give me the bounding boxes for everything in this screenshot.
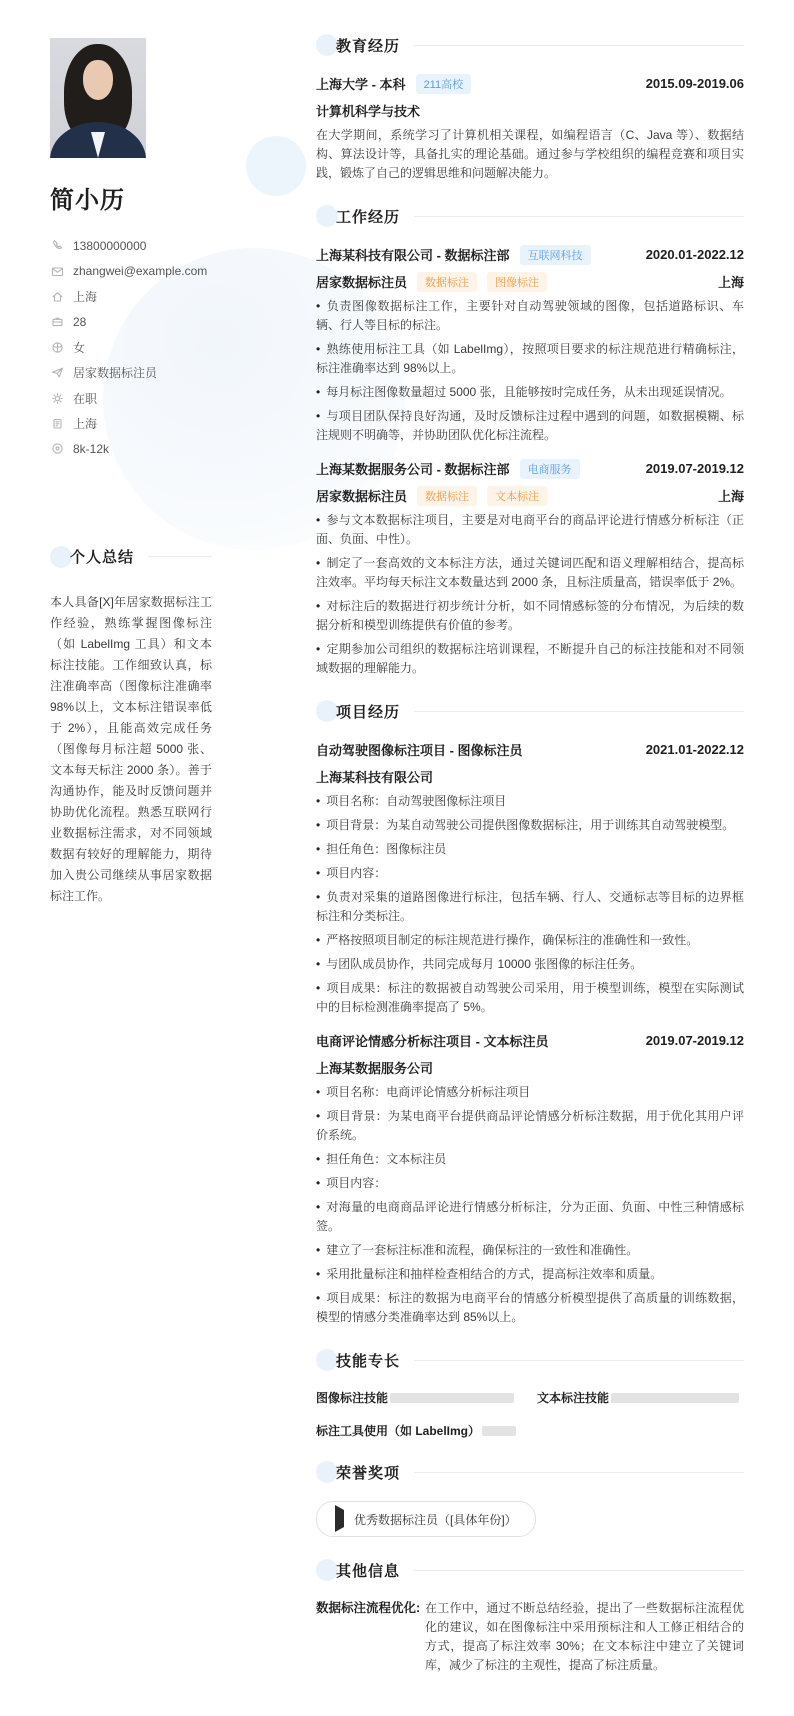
bullet-item: 每月标注图像数量超过 5000 张，且能够按时完成任务，从未出现延误情况。 (316, 383, 744, 402)
skill-label: 标注工具使用（如 LabelImg） (316, 1422, 480, 1439)
school-badge: 211高校 (416, 74, 472, 94)
role-row: 居家数据标注员数据标注文本标注上海 (316, 486, 744, 505)
gender-icon (50, 340, 64, 354)
work-bullets: 参与文本数据标注项目，主要是对电商平台的商品评论进行情感分析标注（正面、负面、中… (316, 511, 744, 678)
role-tag: 数据标注 (417, 486, 477, 506)
section-divider (148, 556, 212, 557)
job-location: 上海 (718, 486, 744, 505)
contact-text: 居家数据标注员 (73, 364, 157, 381)
bullet-item: 严格按照项目制定的标注规范进行操作，确保标注的准确性和一致性。 (316, 931, 744, 950)
age-icon (50, 315, 64, 329)
industry-badge: 互联网科技 (520, 245, 591, 265)
project-date: 2019.07-2019.12 (646, 1033, 744, 1048)
phone-icon (50, 239, 64, 253)
bullet-item: 项目内容： (316, 1174, 744, 1193)
section-accent-circle (316, 1559, 338, 1581)
bullet-item: 项目名称：电商评论情感分析标注项目 (316, 1083, 744, 1102)
honor-item[interactable]: 优秀数据标注员（[具体年份]） (316, 1501, 536, 1537)
bullet-item: 担任角色：图像标注员 (316, 840, 744, 859)
sidebar: 简小历 13800000000zhangwei@example.com上海28女… (50, 38, 212, 907)
other-info-row: 数据标注流程优化:在工作中，通过不断总结经验，提出了一些数据标注流程优化的建议，… (316, 1599, 744, 1675)
role-title: 居家数据标注员 (316, 272, 407, 291)
section-accent-circle (316, 1461, 338, 1483)
bullet-item: 负责对采集的道路图像进行标注，包括车辆、行人、交通标志等目标的边界框标注和分类标… (316, 888, 744, 926)
honor-text: 优秀数据标注员（[具体年份]） (354, 1511, 517, 1528)
project-company: 上海某数据服务公司 (316, 1058, 433, 1077)
project-company-row: 上海某数据服务公司 (316, 1058, 744, 1077)
project-title: 自动驾驶图像标注项目 - 图像标注员 (316, 740, 523, 759)
work-date: 2020.01-2022.12 (646, 247, 744, 262)
main-column: 教育经历 上海大学 - 本科211高校2015.09-2019.06计算机科学与… (316, 34, 744, 1697)
bullet-item: 制定了一套高效的文本标注方法，通过关键词匹配和语义理解相结合，提高标注效率。平均… (316, 554, 744, 592)
section-title-honors: 荣誉奖项 (336, 1462, 400, 1483)
bullet-item: 建立了一套标注标准和流程，确保标注的一致性和准确性。 (316, 1241, 744, 1260)
section-accent-circle (316, 34, 338, 56)
job-location: 上海 (718, 272, 744, 291)
work-entry-header: 上海某科技有限公司 - 数据标注部互联网科技2020.01-2022.12 (316, 245, 744, 264)
skill-bar (482, 1426, 516, 1436)
home-icon (50, 289, 64, 303)
section-divider (414, 1472, 744, 1473)
contact-text: 13800000000 (73, 239, 146, 253)
bullet-item: 项目名称：自动驾驶图像标注项目 (316, 792, 744, 811)
section-divider (414, 711, 744, 712)
major-name: 计算机科学与技术 (316, 101, 420, 120)
role-tag: 数据标注 (417, 272, 477, 292)
contact-text: zhangwei@example.com (73, 264, 207, 278)
bullet-item: 与项目团队保持良好沟通，及时反馈标注过程中遇到的问题，如数据模糊、标注规则不明确… (316, 407, 744, 445)
section-accent-circle (316, 700, 338, 722)
project-bullets: 项目名称：电商评论情感分析标注项目项目背景：为某电商平台提供商品评论情感分析标注… (316, 1083, 744, 1327)
section-skills: 技能专长 图像标注技能文本标注技能标注工具使用（如 LabelImg） (316, 1349, 744, 1439)
education-entries: 上海大学 - 本科211高校2015.09-2019.06计算机科学与技术在大学… (316, 74, 744, 183)
role-row: 居家数据标注员数据标注图像标注上海 (316, 272, 744, 291)
section-other: 其他信息 数据标注流程优化:在工作中，通过不断总结经验，提出了一些数据标注流程优… (316, 1559, 744, 1675)
project-entries: 自动驾驶图像标注项目 - 图像标注员2021.01-2022.12上海某科技有限… (316, 740, 744, 1327)
section-honors: 荣誉奖项 优秀数据标注员（[具体年份]） (316, 1461, 744, 1537)
skill-item: 标注工具使用（如 LabelImg） (316, 1422, 537, 1439)
contact-text: 28 (73, 315, 86, 329)
skill-label: 文本标注技能 (537, 1389, 609, 1406)
skill-item: 文本标注技能 (537, 1389, 744, 1406)
bullet-item: 项目成果：标注的数据被自动驾驶公司采用，用于模型训练，模型在实际测试中的目标检测… (316, 979, 744, 1017)
role-tag: 图像标注 (487, 272, 547, 292)
contact-item: 28 (50, 309, 212, 334)
play-icon (335, 1510, 344, 1528)
contact-item: 上海 (50, 411, 212, 436)
job-icon (50, 366, 64, 380)
section-divider (414, 45, 744, 46)
contact-text: 在职 (73, 390, 97, 407)
bullet-item: 参与文本数据标注项目，主要是对电商平台的商品评论进行情感分析标注（正面、负面、中… (316, 511, 744, 549)
work-entry-header: 上海某数据服务公司 - 数据标注部电商服务2019.07-2019.12 (316, 459, 744, 478)
contact-item: 13800000000 (50, 233, 212, 258)
contact-text: 上海 (73, 288, 97, 305)
skill-label: 图像标注技能 (316, 1389, 388, 1406)
summary-text: 本人具备[X]年居家数据标注工作经验，熟练掌握图像标注（如 LabelImg 工… (50, 592, 212, 907)
contact-item: 8k-12k (50, 436, 212, 461)
bullet-item: 对标注后的数据进行初步统计分析，如不同情感标签的分布情况，为后续的数据分析和模型… (316, 597, 744, 635)
project-company: 上海某科技有限公司 (316, 767, 433, 786)
summary-title: 个人总结 (70, 546, 134, 567)
bullet-item: 对海量的电商商品评论进行情感分析标注，分为正面、负面、中性三种情感标签。 (316, 1198, 744, 1236)
section-title-other: 其他信息 (336, 1560, 400, 1581)
education-description: 在大学期间，系统学习了计算机相关课程，如编程语言（C、Java 等）、数据结构、… (316, 126, 744, 183)
skill-bar (611, 1393, 739, 1403)
section-accent-circle (316, 205, 338, 227)
section-divider (414, 1570, 744, 1571)
skill-bar (390, 1393, 514, 1403)
role-tag: 文本标注 (487, 486, 547, 506)
section-projects: 项目经历 自动驾驶图像标注项目 - 图像标注员2021.01-2022.12上海… (316, 700, 744, 1327)
contact-list: 13800000000zhangwei@example.com上海28女居家数据… (50, 233, 212, 462)
contact-item: zhangwei@example.com (50, 258, 212, 283)
section-divider (414, 1360, 744, 1361)
bullet-item: 项目背景：为某电商平台提供商品评论情感分析标注数据，用于优化其用户评价系统。 (316, 1107, 744, 1145)
contact-text: 女 (73, 339, 85, 356)
bullet-item: 项目内容： (316, 864, 744, 883)
major-row: 计算机科学与技术 (316, 101, 744, 120)
other-items: 数据标注流程优化:在工作中，通过不断总结经验，提出了一些数据标注流程优化的建议，… (316, 1599, 744, 1675)
work-entry: 上海某科技有限公司 - 数据标注部互联网科技2020.01-2022.12居家数… (316, 245, 744, 445)
photo-face-shape (83, 60, 113, 100)
company-name: 上海某数据服务公司 - 数据标注部 (316, 459, 510, 478)
work-entries: 上海某科技有限公司 - 数据标注部互联网科技2020.01-2022.12居家数… (316, 245, 744, 678)
bullet-item: 采用批量标注和抽样检查相结合的方式，提高标注效率和质量。 (316, 1265, 744, 1284)
contact-item: 居家数据标注员 (50, 360, 212, 385)
industry-badge: 电商服务 (520, 459, 580, 479)
section-accent-circle (50, 546, 72, 568)
bullet-item: 定期参加公司组织的数据标注培训课程，不断提升自己的标注技能和对不同领域数据的理解… (316, 640, 744, 678)
work-bullets: 负责图像数据标注工作，主要针对自动驾驶领域的图像，包括道路标识、车辆、行人等目标… (316, 297, 744, 445)
bullet-item: 负责图像数据标注工作，主要针对自动驾驶领域的图像，包括道路标识、车辆、行人等目标… (316, 297, 744, 335)
contact-item: 女 (50, 335, 212, 360)
decorative-circle-small (246, 136, 306, 196)
section-title-skills: 技能专长 (336, 1350, 400, 1371)
project-title: 电商评论情感分析标注项目 - 文本标注员 (316, 1031, 549, 1050)
bullet-item: 熟练使用标注工具（如 LabelImg），按照项目要求的标注规范进行精确标注，标… (316, 340, 744, 378)
resume-page: 简小历 13800000000zhangwei@example.com上海28女… (0, 0, 794, 1716)
section-divider (414, 216, 744, 217)
project-bullets: 项目名称：自动驾驶图像标注项目项目背景：为某自动驾驶公司提供图像数据标注，用于训… (316, 792, 744, 1017)
section-title-education: 教育经历 (336, 35, 400, 56)
education-entry: 上海大学 - 本科211高校2015.09-2019.06计算机科学与技术在大学… (316, 74, 744, 183)
project-entry: 电商评论情感分析标注项目 - 文本标注员2019.07-2019.12上海某数据… (316, 1031, 744, 1327)
status-icon (50, 391, 64, 405)
contact-text: 8k-12k (73, 442, 109, 456)
project-entry-header: 自动驾驶图像标注项目 - 图像标注员2021.01-2022.12 (316, 740, 744, 759)
salary-icon (50, 442, 64, 456)
section-title-work: 工作经历 (336, 206, 400, 227)
contact-item: 上海 (50, 284, 212, 309)
project-date: 2021.01-2022.12 (646, 742, 744, 757)
section-work: 工作经历 上海某科技有限公司 - 数据标注部互联网科技2020.01-2022.… (316, 205, 744, 678)
contact-text: 上海 (73, 415, 97, 432)
mail-icon (50, 264, 64, 278)
section-education: 教育经历 上海大学 - 本科211高校2015.09-2019.06计算机科学与… (316, 34, 744, 183)
bullet-item: 担任角色：文本标注员 (316, 1150, 744, 1169)
project-entry-header: 电商评论情感分析标注项目 - 文本标注员2019.07-2019.12 (316, 1031, 744, 1050)
education-entry-header: 上海大学 - 本科211高校2015.09-2019.06 (316, 74, 744, 93)
profile-photo (50, 38, 146, 158)
bullet-item: 项目成果：标注的数据为电商平台的情感分析模型提供了高质量的训练数据，模型的情感分… (316, 1289, 744, 1327)
work-date: 2019.07-2019.12 (646, 461, 744, 476)
section-title-projects: 项目经历 (336, 701, 400, 722)
bullet-item: 与团队成员协作，共同完成每月 10000 张图像的标注任务。 (316, 955, 744, 974)
education-date: 2015.09-2019.06 (646, 76, 744, 91)
section-accent-circle (316, 1349, 338, 1371)
role-title: 居家数据标注员 (316, 486, 407, 505)
skills-grid: 图像标注技能文本标注技能标注工具使用（如 LabelImg） (316, 1389, 744, 1439)
work-entry: 上海某数据服务公司 - 数据标注部电商服务2019.07-2019.12居家数据… (316, 459, 744, 678)
project-company-row: 上海某科技有限公司 (316, 767, 744, 786)
summary-section: 个人总结 本人具备[X]年居家数据标注工作经验，熟练掌握图像标注（如 Label… (50, 546, 212, 907)
contact-item: 在职 (50, 385, 212, 410)
bullet-item: 项目背景：为某自动驾驶公司提供图像数据标注，用于训练其自动驾驶模型。 (316, 816, 744, 835)
company-name: 上海某科技有限公司 - 数据标注部 (316, 245, 510, 264)
city-icon (50, 416, 64, 430)
other-info-text: 在工作中，通过不断总结经验，提出了一些数据标注流程优化的建议，如在图像标注中采用… (425, 1599, 744, 1675)
school-name: 上海大学 - 本科 (316, 74, 406, 93)
skill-item: 图像标注技能 (316, 1389, 537, 1406)
other-info-label: 数据标注流程优化: (316, 1599, 425, 1675)
project-entry: 自动驾驶图像标注项目 - 图像标注员2021.01-2022.12上海某科技有限… (316, 740, 744, 1017)
honor-items: 优秀数据标注员（[具体年份]） (316, 1501, 744, 1537)
candidate-name: 简小历 (50, 180, 212, 215)
